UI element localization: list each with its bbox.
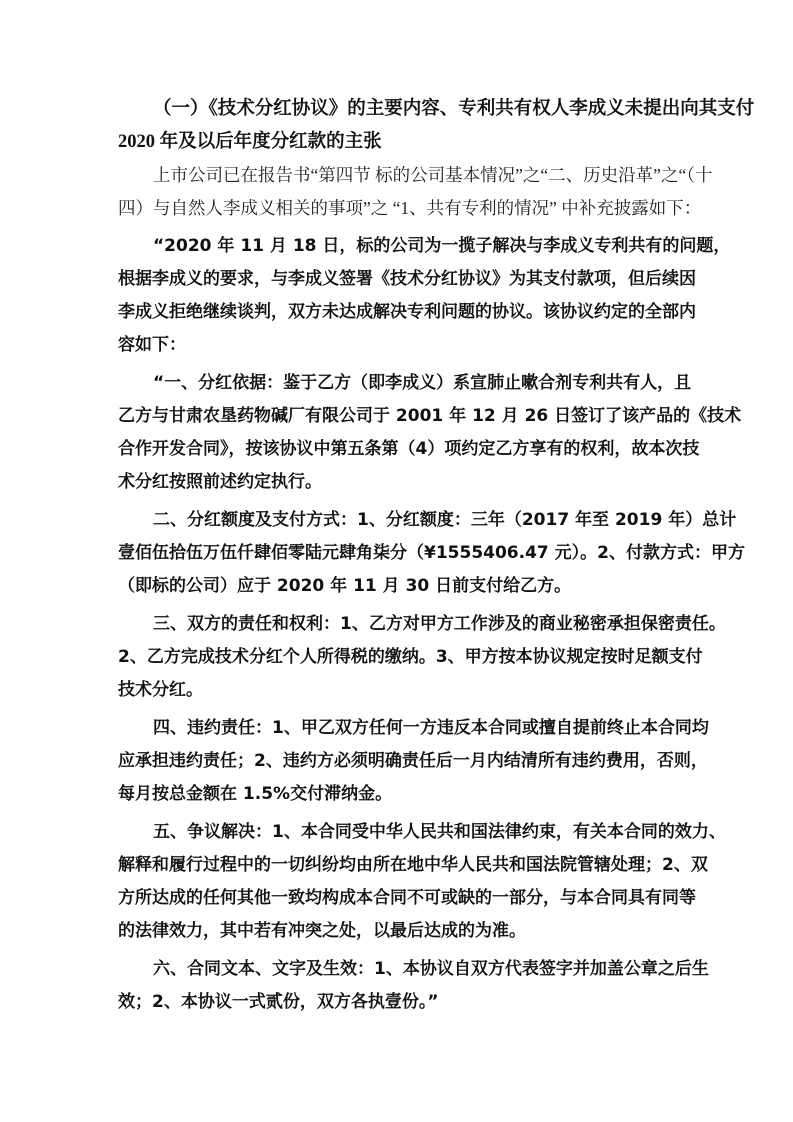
clause-6-line-2: 效；2、本协议一式贰份，双方各执壹份。” xyxy=(118,991,678,1013)
clause-3-line-1: 三、双方的责任和权利：1、乙方对甲方工作涉及的商业秘密承担保密责任。 xyxy=(153,613,678,635)
quote-intro-line-4: 容如下： xyxy=(118,334,678,356)
intro-line-1: 上市公司已在报告书“第四节 标的公司基本情况”之“二、历史沿革”之“（十 xyxy=(153,164,678,186)
clause-1-line-1: “一、分红依据：鉴于乙方（即李成义）系宣肺止嗽合剂专利共有人，且 xyxy=(153,372,678,394)
clause-4-line-3: 每月按总金额在 1.5%交付滞纳金。 xyxy=(118,783,678,805)
clause-4-line-2: 应承担违约责任；2、违约方必须明确责任后一月内结清所有违约费用，否则， xyxy=(118,750,678,772)
document-page: （一）《技术分红协议》的主要内容、专利共有权人李成义未提出向其支付 2020 年… xyxy=(0,0,793,1122)
intro-line-2: 四）与自然人李成义相关的事项”之 “1、共有专利的情况” 中补充披露如下： xyxy=(118,197,678,219)
quote-intro-line-2: 根据李成义的要求，与李成义签署《技术分红协议》为其支付款项，但后续因 xyxy=(118,268,678,290)
clause-1-line-4: 术分红按照前述约定执行。 xyxy=(118,471,678,493)
clause-4-line-1: 四、违约责任：1、甲乙双方任何一方违反本合同或擅自提前终止本合同均 xyxy=(153,717,678,739)
clause-6-line-1: 六、合同文本、文字及生效：1、本协议自双方代表签字并加盖公章之后生 xyxy=(153,958,678,980)
clause-5-line-2: 解释和履行过程中的一切纠纷均由所在地中华人民共和国法院管辖处理；2、双 xyxy=(118,854,678,876)
section-heading-line-1: （一）《技术分红协议》的主要内容、专利共有权人李成义未提出向其支付 xyxy=(153,98,678,120)
clause-2-line-2: 壹佰伍拾伍万伍仟肆佰零陆元肆角柒分（¥1555406.47 元）。2、付款方式：… xyxy=(118,542,678,564)
section-heading-line-2: 2020 年及以后年度分红款的主张 xyxy=(118,131,678,153)
clause-5-line-4: 的法律效力，其中若有冲突之处，以最后达成的为准。 xyxy=(118,920,678,942)
clause-3-line-3: 技术分红。 xyxy=(118,679,678,701)
clause-1-line-2: 乙方与甘肃农垦药物碱厂有限公司于 2001 年 12 月 26 日签订了该产品的… xyxy=(118,405,678,427)
clause-1-line-3: 合作开发合同》，按该协议中第五条第（4）项约定乙方享有的权利，故本次技 xyxy=(118,438,678,460)
quote-intro-line-3: 李成义拒绝继续谈判，双方未达成解决专利问题的协议。该协议约定的全部内 xyxy=(118,301,678,323)
quote-intro-line-1: “2020 年 11 月 18 日，标的公司为一揽子解决与李成义专利共有的问题， xyxy=(153,235,678,257)
clause-2-line-1: 二、分红额度及支付方式：1、分红额度：三年（2017 年至 2019 年）总计 xyxy=(153,509,678,531)
clause-5-line-1: 五、争议解决：1、本合同受中华人民共和国法律约束，有关本合同的效力、 xyxy=(153,821,678,843)
clause-5-line-3: 方所达成的任何其他一致均构成本合同不可或缺的一部分，与本合同具有同等 xyxy=(118,887,678,909)
clause-3-line-2: 2、乙方完成技术分红个人所得税的缴纳。3、甲方按本协议规定按时足额支付 xyxy=(118,646,678,668)
clause-2-line-3: （即标的公司）应于 2020 年 11 月 30 日前支付给乙方。 xyxy=(118,575,678,597)
